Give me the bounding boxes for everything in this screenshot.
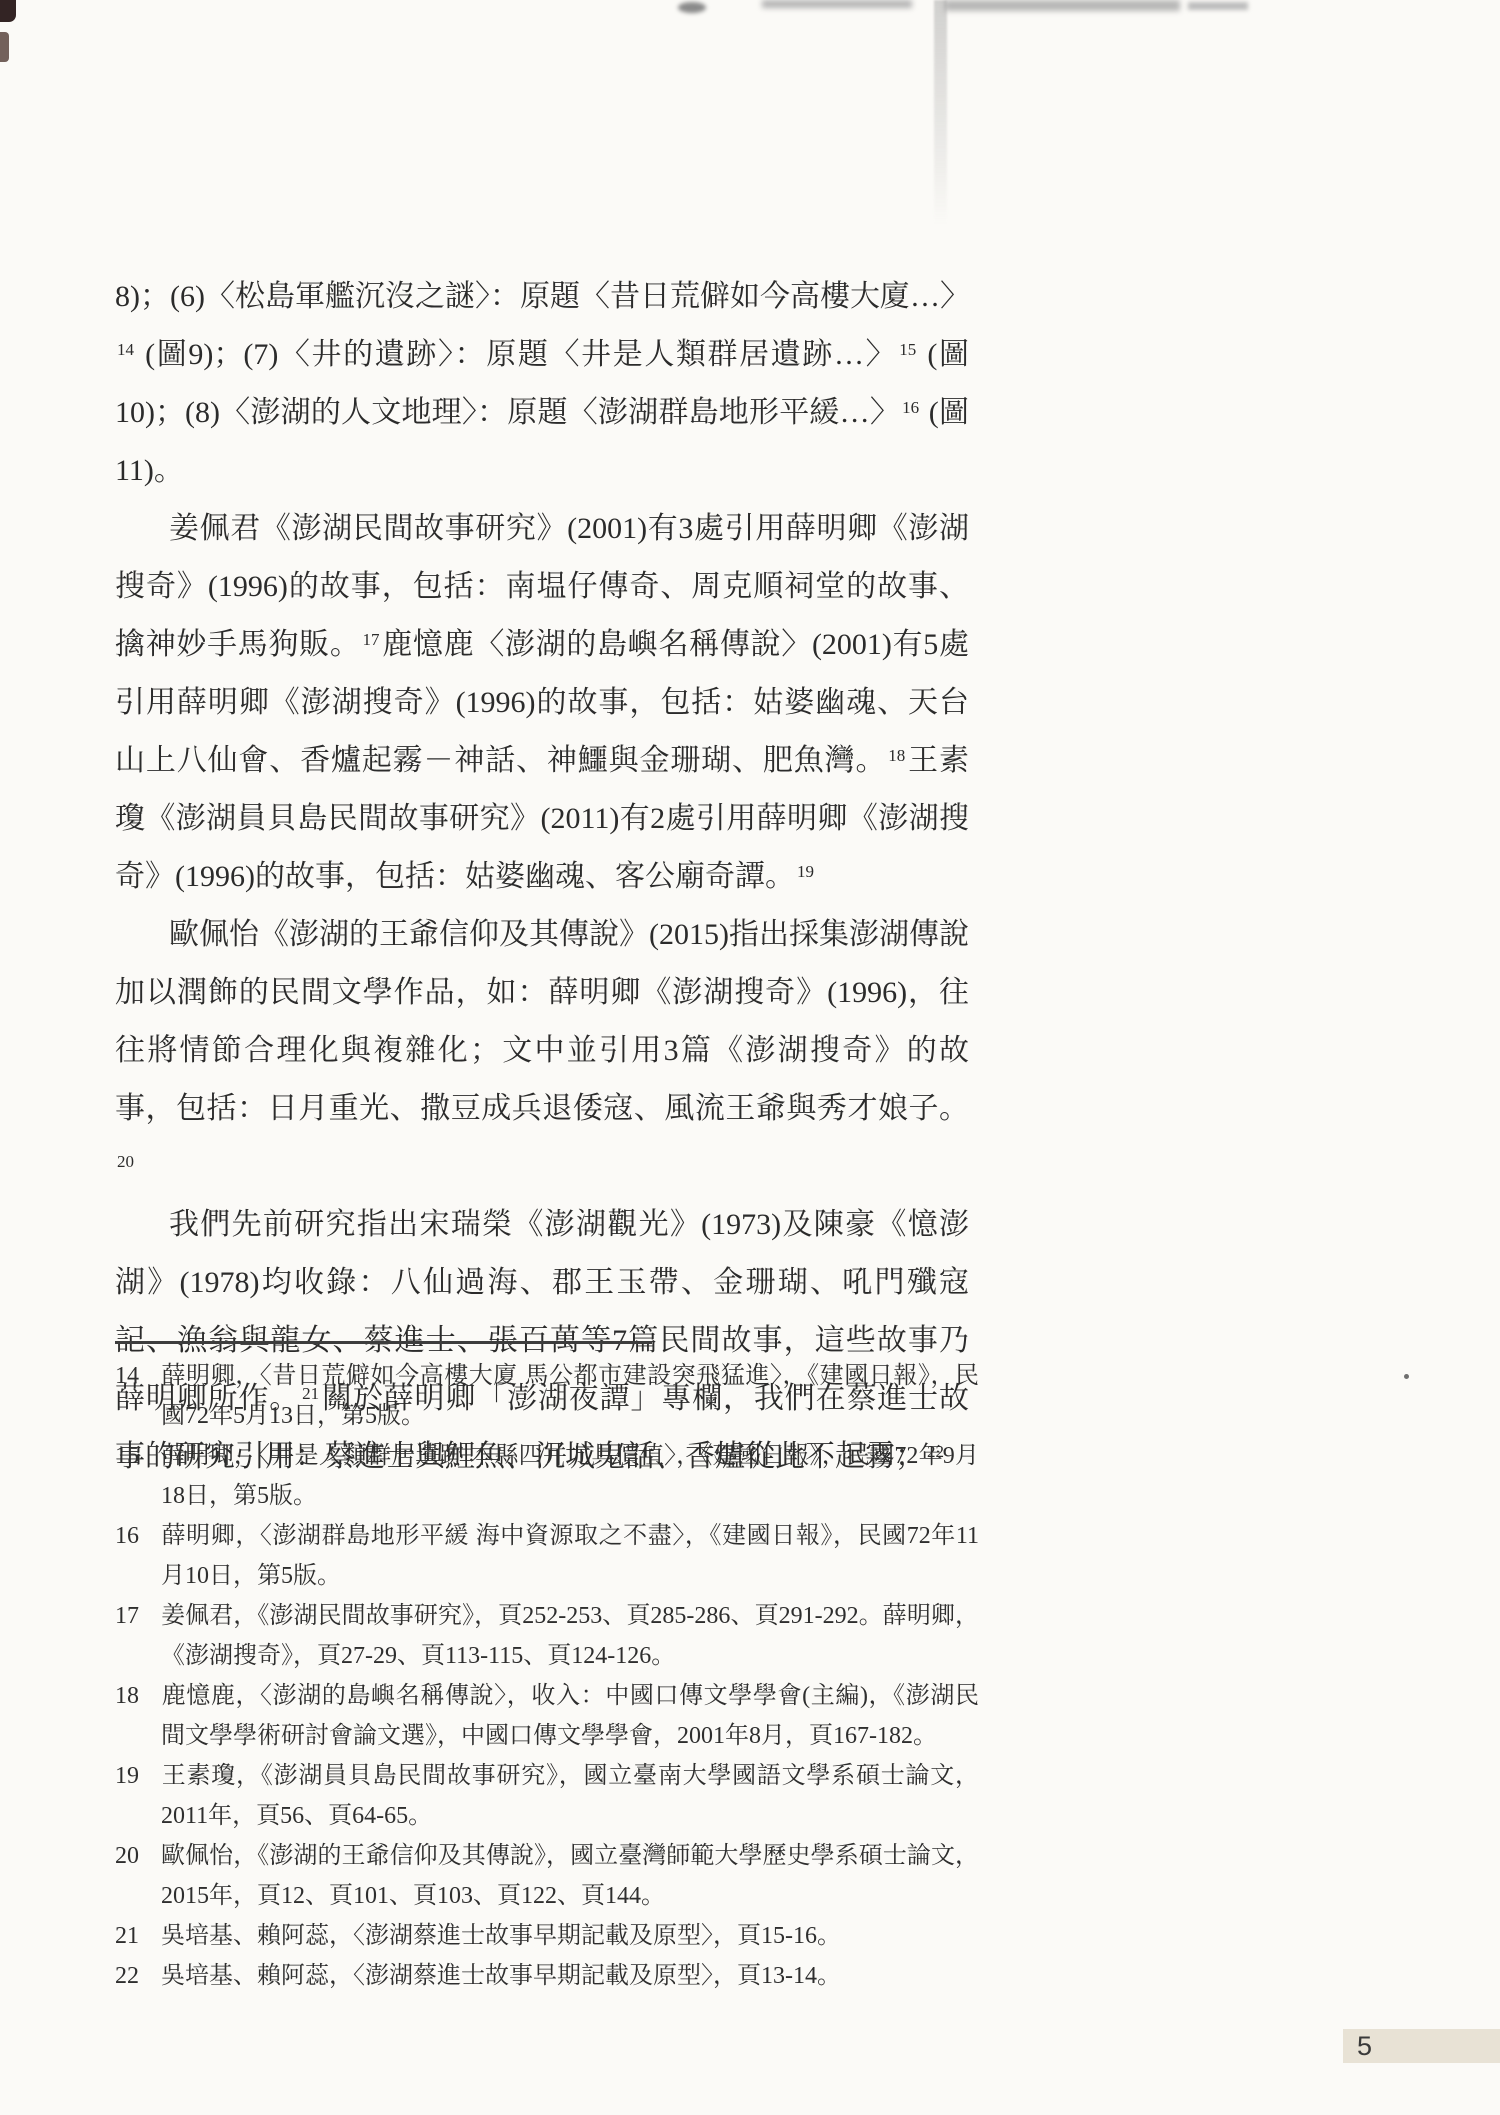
footnote-number: 18 (115, 1676, 161, 1716)
footnote-text: 吳培基、賴阿蕊，〈澎湖蔡進士故事早期記載及原型〉，頁13-14。 (161, 1963, 841, 1989)
footnote-item: 14薛明卿，〈昔日荒僻如今高樓大廈 馬公都市建設突飛猛進〉，《建國日報》，民國7… (115, 1356, 979, 1436)
footnote-rule (115, 1341, 652, 1344)
footnote-item: 18鹿憶鹿，〈澎湖的島嶼名稱傳說〉，收入：中國口傳文學學會(主編)，《澎湖民間文… (115, 1676, 979, 1756)
footnotes: 14薛明卿，〈昔日荒僻如今高樓大廈 馬公都市建設突飛猛進〉，《建國日報》，民國7… (115, 1356, 979, 1996)
footnote-item: 15薛明卿，〈井是人類群居遺跡 本縣四井尤具價值〉，《建國日報》，民國72年9月… (115, 1436, 979, 1516)
footnote-number: 20 (115, 1836, 161, 1876)
footnote-reference: 16 (902, 398, 919, 417)
scan-artifact-corner (0, 0, 16, 22)
footnote-text: 薛明卿，〈澎湖群島地形平緩 海中資源取之不盡〉，《建國日報》，民國72年11月1… (161, 1523, 979, 1589)
scan-artifact-line (934, 0, 947, 225)
footnote-item: 17姜佩君，《澎湖民間故事研究》，頁252-253、頁285-286、頁291-… (115, 1596, 979, 1676)
footnote-item: 21吳培基、賴阿蕊，〈澎湖蔡進士故事早期記載及原型〉，頁15-16。 (115, 1916, 979, 1956)
footnote-number: 22 (115, 1956, 161, 1996)
footnote-text: 歐佩怡，《澎湖的王爺信仰及其傳說》，國立臺灣師範大學歷史學系碩士論文，2015年… (161, 1843, 979, 1909)
scan-artifact-dot (1404, 1374, 1409, 1379)
footnote-text: 薛明卿，〈昔日荒僻如今高樓大廈 馬公都市建設突飛猛進〉，《建國日報》，民國72年… (161, 1363, 979, 1429)
footnote-item: 20歐佩怡，《澎湖的王爺信仰及其傳說》，國立臺灣師範大學歷史學系碩士論文，201… (115, 1836, 979, 1916)
footnote-number: 21 (115, 1916, 161, 1956)
scan-artifact-smudge (678, 2, 706, 13)
footnote-number: 16 (115, 1516, 161, 1556)
footnote-item: 22吳培基、賴阿蕊，〈澎湖蔡進士故事早期記載及原型〉，頁13-14。 (115, 1956, 979, 1996)
scan-artifact-corner (0, 32, 9, 62)
footnote-number: 17 (115, 1596, 161, 1636)
footnote-item: 16薛明卿，〈澎湖群島地形平緩 海中資源取之不盡〉，《建國日報》，民國72年11… (115, 1516, 979, 1596)
footnote-number: 19 (115, 1756, 161, 1796)
footnote-reference: 20 (117, 1152, 134, 1171)
footnote-text: 姜佩君，《澎湖民間故事研究》，頁252-253、頁285-286、頁291-29… (161, 1603, 979, 1669)
footnote-text: 鹿憶鹿，〈澎湖的島嶼名稱傳說〉，收入：中國口傳文學學會(主編)，《澎湖民間文學學… (161, 1683, 979, 1749)
scan-artifact-smudge (762, 0, 912, 8)
footnote-text: 王素瓊，《澎湖員貝島民間故事研究》，國立臺南大學國語文學系碩士論文，2011年，… (161, 1763, 979, 1829)
footnote-number: 14 (115, 1356, 161, 1396)
footnote-number: 15 (115, 1436, 161, 1476)
footnote-reference: 17 (363, 630, 380, 649)
body-paragraph: 姜佩君《澎湖民間故事研究》(2001)有3處引用薛明卿《澎湖搜奇》(1996)的… (115, 500, 969, 906)
scan-artifact-smudge (1188, 2, 1248, 10)
footnote-reference: 19 (797, 862, 814, 881)
body-paragraph: 8)；(6)〈松島軍艦沉沒之謎〉：原題〈昔日荒僻如今高樓大廈…〉14 (圖9)；… (115, 268, 969, 500)
footnote-text: 吳培基、賴阿蕊，〈澎湖蔡進士故事早期記載及原型〉，頁15-16。 (161, 1923, 841, 1949)
footnote-reference: 14 (117, 340, 134, 359)
page-number: 5 (1343, 2029, 1500, 2063)
main-text: 8)；(6)〈松島軍艦沉沒之謎〉：原題〈昔日荒僻如今高樓大廈…〉14 (圖9)；… (115, 268, 969, 1486)
footnote-reference: 18 (888, 746, 905, 765)
footnote-reference: 15 (899, 340, 916, 359)
body-paragraph: 歐佩怡《澎湖的王爺信仰及其傳說》(2015)指出採集澎湖傳說加以潤飾的民間文學作… (115, 906, 969, 1196)
footnote-text: 薛明卿，〈井是人類群居遺跡 本縣四井尤具價值〉，《建國日報》，民國72年9月18… (161, 1443, 979, 1509)
page-number-label: 5 (1343, 2029, 1372, 2063)
scan-artifact-smudge (945, 0, 1180, 11)
scanned-document-page: 8)；(6)〈松島軍艦沉沒之謎〉：原題〈昔日荒僻如今高樓大廈…〉14 (圖9)；… (0, 0, 1500, 2115)
footnote-item: 19王素瓊，《澎湖員貝島民間故事研究》，國立臺南大學國語文學系碩士論文，2011… (115, 1756, 979, 1836)
